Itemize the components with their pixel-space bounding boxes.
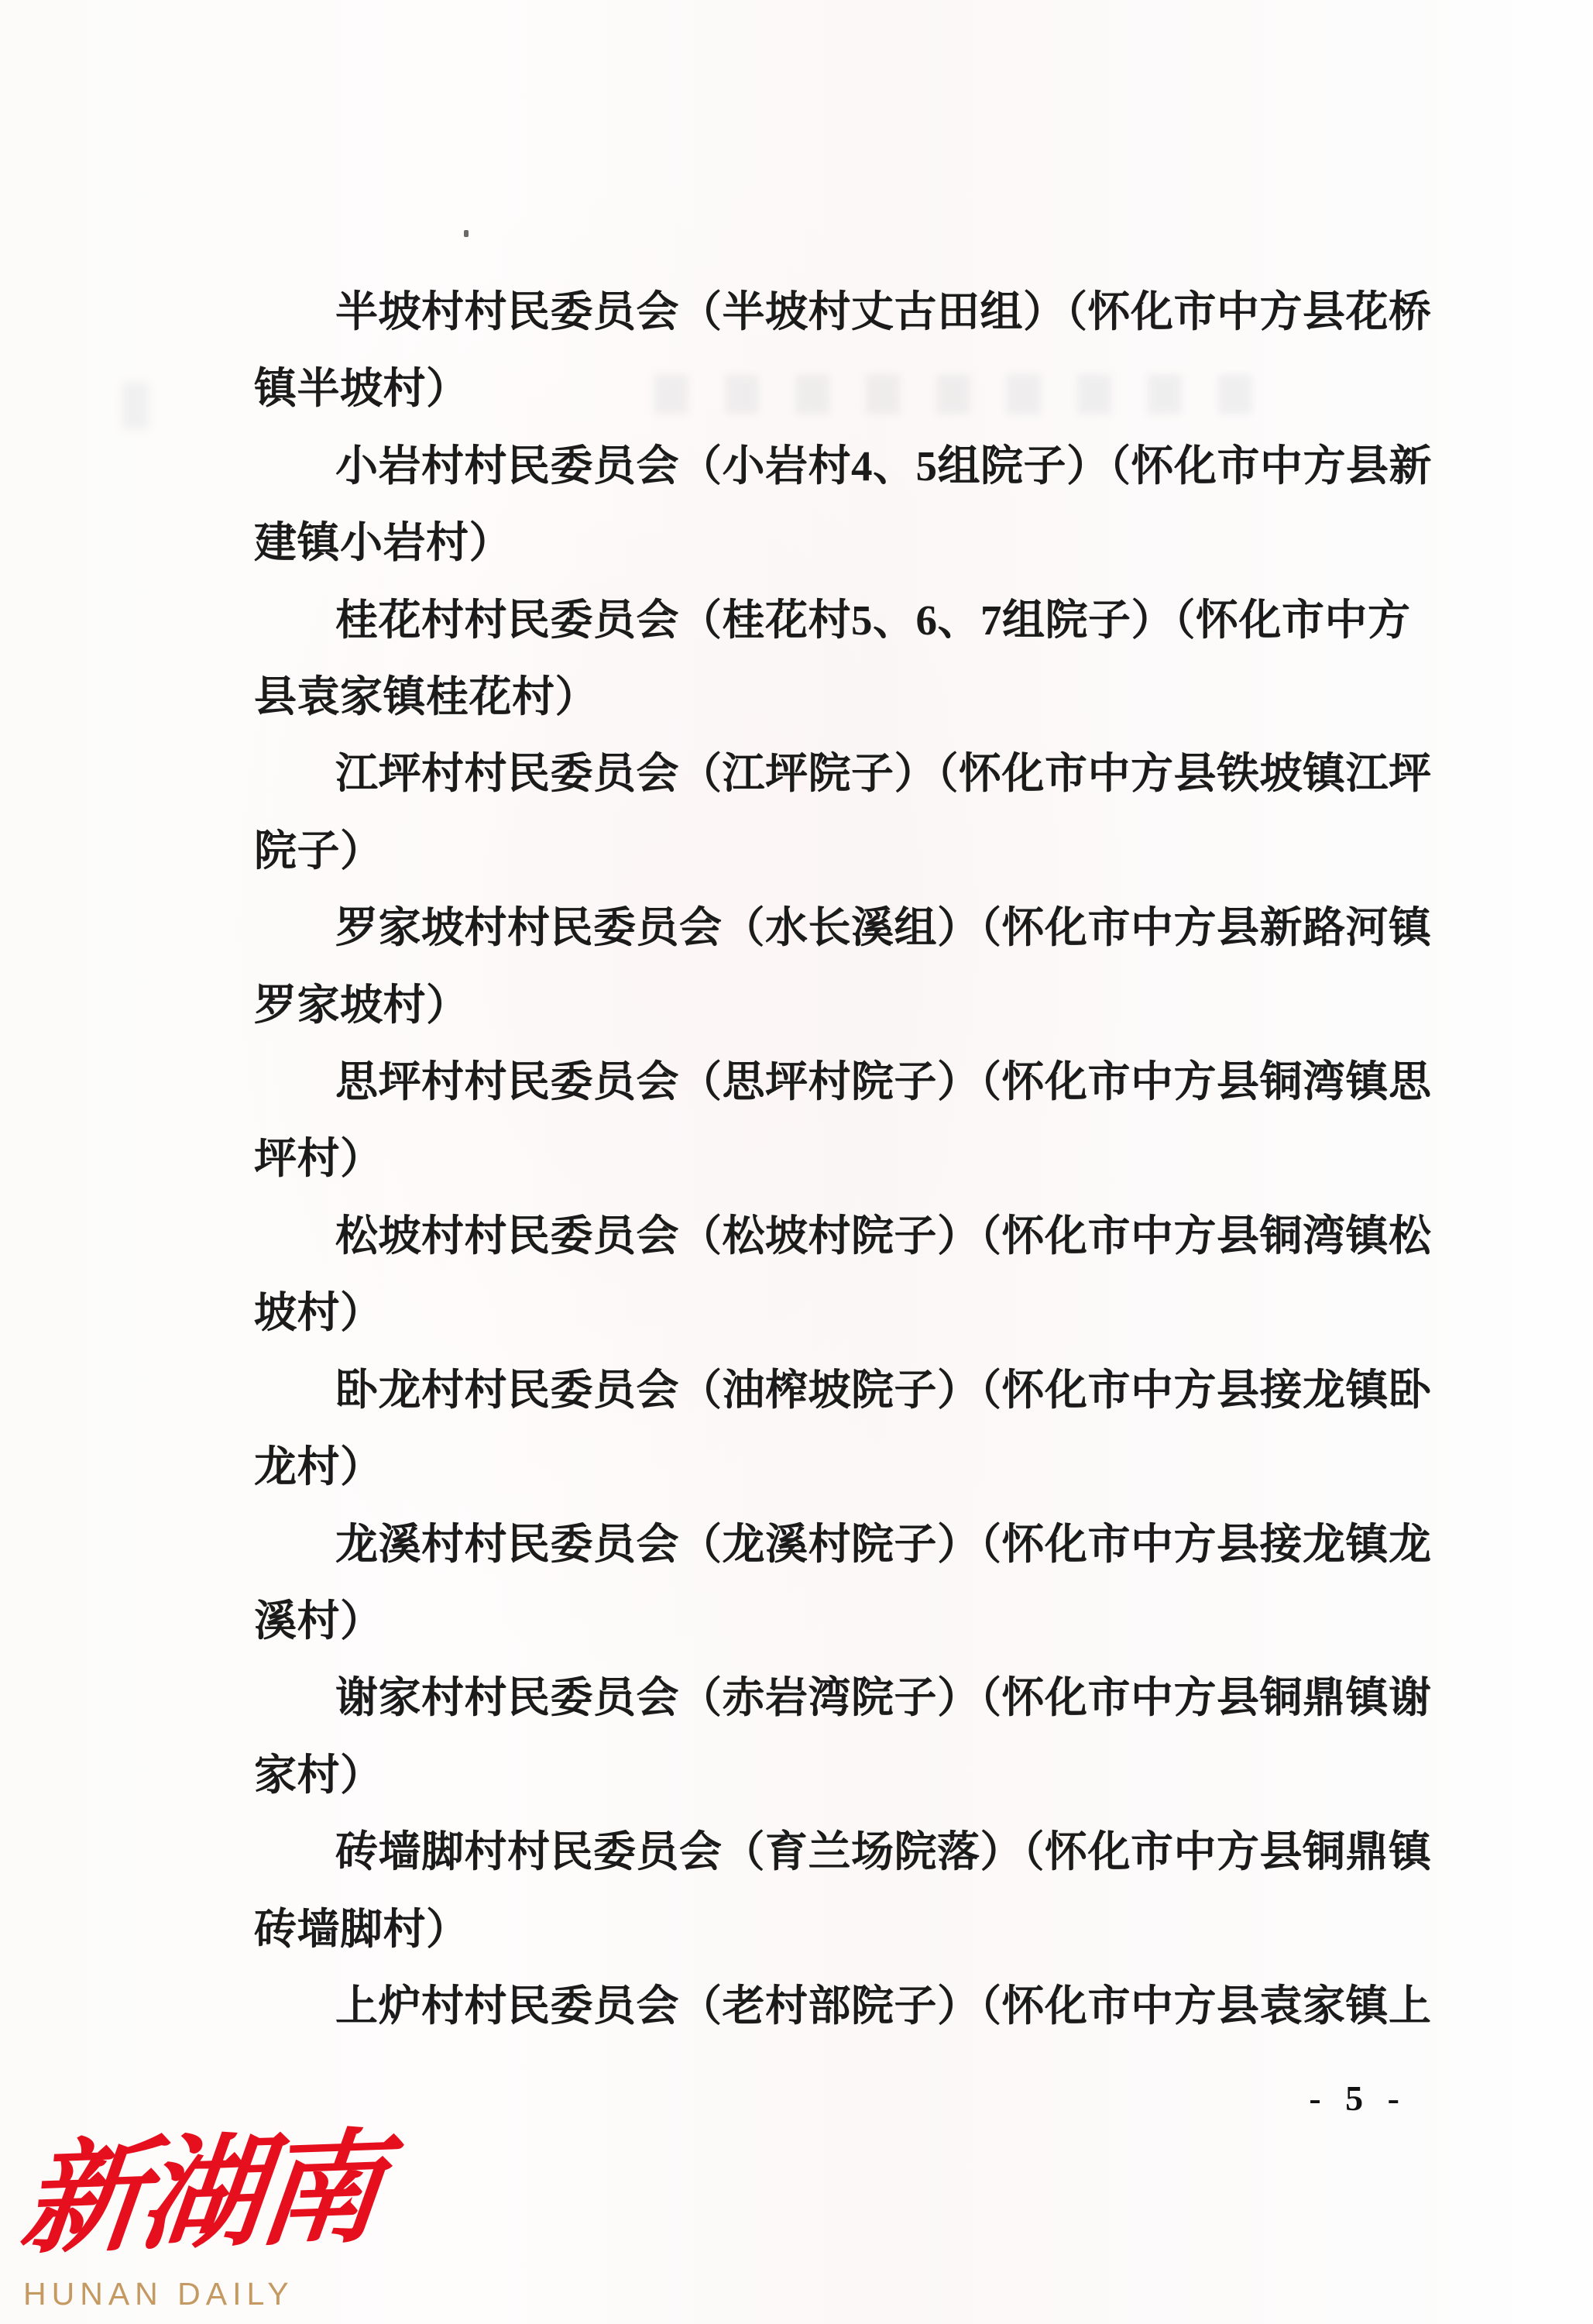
text-line: 坡村） — [254, 1274, 1416, 1351]
text-line: 江坪村村民委员会（江坪院子）（怀化市中方县铁坡镇江坪 — [254, 735, 1416, 812]
scan-speck — [464, 230, 469, 237]
text-line: 龙村） — [254, 1428, 1416, 1505]
text-line: 镇半坡村） — [254, 350, 1416, 427]
logo-english-wordmark: HUNAN DAILY — [23, 2276, 348, 2312]
document-page: 半坡村村民委员会（半坡村丈古田组）（怀化市中方县花桥镇半坡村）小岩村村民委员会（… — [0, 0, 1593, 2324]
text-line: 小岩村村民委员会（小岩村4、5组院子）（怀化市中方县新 — [254, 428, 1416, 504]
text-line: 溪村） — [254, 1583, 1416, 1659]
page-number: - 5 - — [1309, 2078, 1407, 2119]
text-line: 半坡村村民委员会（半坡村丈古田组）（怀化市中方县花桥 — [254, 273, 1416, 350]
text-line: 卧龙村村民委员会（油榨坡院子）（怀化市中方县接龙镇卧 — [254, 1352, 1416, 1428]
text-line: 县袁家镇桂花村） — [254, 658, 1416, 735]
text-line: 砖墙脚村） — [254, 1891, 1416, 1968]
text-line: 家村） — [254, 1737, 1416, 1813]
text-line: 谢家村村民委员会（赤岩湾院子）（怀化市中方县铜鼎镇谢 — [254, 1659, 1416, 1736]
text-line: 坪村） — [254, 1120, 1416, 1197]
text-line: 思坪村村民委员会（思坪村院子）（怀化市中方县铜湾镇思 — [254, 1043, 1416, 1120]
text-line: 砖墙脚村村民委员会（育兰场院落）（怀化市中方县铜鼎镇 — [254, 1813, 1416, 1890]
text-line: 罗家坡村） — [254, 967, 1416, 1043]
text-line: 罗家坡村村民委员会（水长溪组）（怀化市中方县新路河镇 — [254, 889, 1416, 966]
text-line: 龙溪村村民委员会（龙溪村院子）（怀化市中方县接龙镇龙 — [254, 1506, 1416, 1583]
text-line: 桂花村村民委员会（桂花村5、6、7组院子）（怀化市中方 — [254, 582, 1416, 658]
left-margin-smudge — [116, 378, 201, 448]
document-body: 半坡村村民委员会（半坡村丈古田组）（怀化市中方县花桥镇半坡村）小岩村村民委员会（… — [254, 273, 1416, 2044]
hunan-daily-logo: 新湖南 HUNAN DAILY — [23, 2130, 348, 2324]
text-line: 松坡村村民委员会（松坡村院子）（怀化市中方县铜湾镇松 — [254, 1198, 1416, 1274]
text-line: 院子） — [254, 813, 1416, 889]
text-line: 建镇小岩村） — [254, 504, 1416, 581]
text-line: 上炉村村民委员会（老村部院子）（怀化市中方县袁家镇上 — [254, 1968, 1416, 2044]
logo-chinese-wordmark: 新湖南 — [15, 2125, 356, 2268]
